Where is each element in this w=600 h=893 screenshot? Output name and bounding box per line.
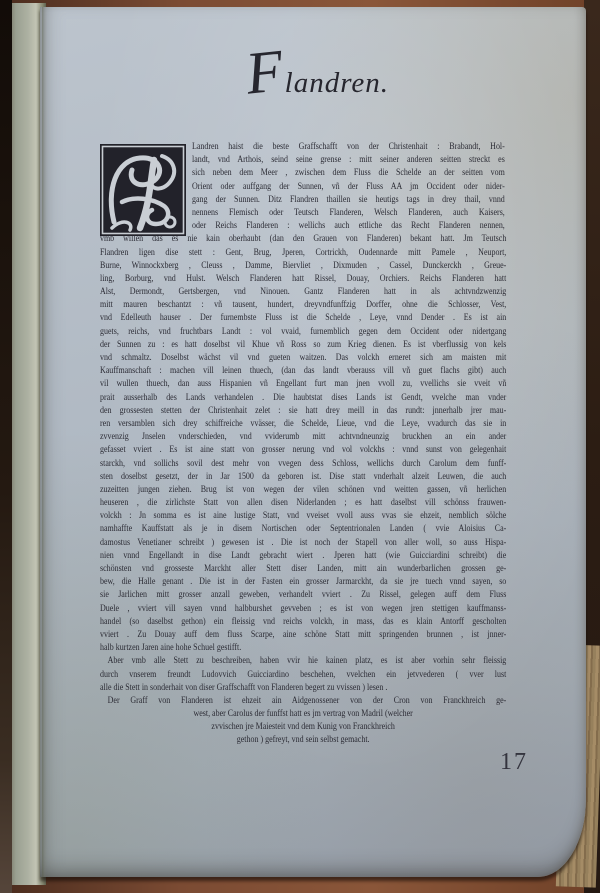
text-line: Flandren ligen dise stett : Gent, Brug, … [100, 247, 506, 260]
body-text: Landren haist die beste Graffschafft von… [100, 141, 512, 748]
text-line: alle die Stett in sonderhait von diser G… [100, 682, 506, 695]
page-heading: F landren. [246, 45, 389, 100]
text-line: gefasset vviert . Es ist aine statt von … [100, 444, 506, 457]
text-line: vmb willen das es nie kain oberhaubt (da… [100, 233, 506, 246]
text-line: handel (so daselbst gethon) ein fleissig… [100, 616, 506, 629]
text-line: gethon ) gefreyt, vnd sein selbst gemach… [100, 734, 506, 747]
text-line: vil wullen thuech, dan auss Hispanien vñ… [100, 378, 506, 391]
text-line: Aber vmb alle Stett zu beschreiben, habe… [100, 655, 506, 668]
text-line: landt, vnd Arthois, seind seine grense :… [192, 154, 505, 167]
heading-text: landren. [285, 67, 389, 100]
text-line: Alst, Dermondt, Gertsbergen, vnd Ninouen… [100, 286, 506, 299]
page-number: 17 [500, 749, 528, 776]
text-line: oder Reichs Flanderen : wellichs auch et… [192, 220, 505, 233]
text-line: sten doselbst gesetzt, der in Jar 1500 d… [100, 471, 506, 484]
dropcap-ornament-icon [100, 144, 186, 236]
dropcap-wrapped-lines: Landren haist die beste Graffschafft von… [192, 141, 505, 233]
text-line: Kauffmanschaft : machen vill leinen thue… [100, 365, 506, 378]
text-line: durch vnserem freundt Ludovvich Guicciar… [100, 669, 506, 682]
text-line: der Sunnen zu : es hatt doselbst vil Khu… [100, 339, 506, 352]
text-line: heuseren , die zirlichste Statt von alle… [100, 497, 506, 510]
text-line: starckh, vnd sollichs sovil dest mehr vo… [100, 458, 506, 471]
text-line: vnd schmaltz. Doselbst wächst vil vnd gu… [100, 352, 506, 365]
text-line: schönsten vnd grosseste Marckht aller St… [100, 563, 506, 576]
text-line: zuzeitten jungen ziehen. Brug ist von we… [100, 484, 506, 497]
tapered-ending-lines: west, aber Carolus der funffst hatt es j… [100, 708, 506, 748]
text-line: ling, Borburg, vnd Hulst. Welsch Flander… [100, 273, 506, 286]
text-line: Burne, Winnockxberg , Cleuss , Damme, Bi… [100, 260, 506, 273]
text-line: halb kurtzen Jaren aine hohe Schuel gest… [100, 642, 506, 655]
book-photo: F landren. Landren hais [0, 0, 600, 893]
dropcap-woodcut-initial [100, 144, 186, 236]
text-line: nennens Flemisch oder Teutsch Flanderen,… [192, 207, 505, 220]
text-line: ren versamblen sich drey schiffreiche vv… [100, 418, 506, 431]
text-line: zvvenzig Jnselen vnderschieden, vnd vvid… [100, 431, 506, 444]
text-line: guets, reichs, vnd fruchtbars Landt : vo… [100, 326, 506, 339]
text-line: vnd Edelleuth hauser . Der furnembste Fl… [100, 312, 506, 325]
text-line: Der Graff von Flanderen ist ehzeit ain A… [100, 695, 506, 708]
book-page: F landren. Landren hais [40, 7, 586, 877]
text-line: Orient oder auffgang der Sunnen, vñ der … [192, 181, 505, 194]
text-line: prait ausserhalb des Lands verhandelen .… [100, 392, 506, 405]
text-line: den grossesten stetten der Christenhait … [100, 405, 506, 418]
book-cover-edge [0, 0, 12, 893]
text-line: nien vnnd Engellandt in dise Landt gebra… [100, 550, 506, 563]
text-line: west, aber Carolus der funffst hatt es j… [100, 708, 506, 721]
text-line: Landren haist die beste Graffschafft von… [192, 141, 505, 154]
text-line: namhaffte Kauffstatt als je in disem Nor… [100, 523, 506, 536]
text-line: bew, die Halle genant . Die ist in der F… [100, 576, 506, 589]
text-line: zvvischen jre Maiesteit vnd dem Kunig vo… [100, 721, 506, 734]
text-line: vviert . Zu Douay auff dem fluss Scarpe,… [100, 629, 506, 642]
text-line: mitt mauren beschantzt : vñ tausent, hun… [100, 299, 506, 312]
full-width-lines: vmb willen das es nie kain oberhaubt (da… [100, 233, 506, 708]
text-line: damostus Venetianer schreibt ) gewesen i… [100, 537, 506, 550]
text-line: gang der Sunnen. Ditz Flandren thaillen … [192, 194, 505, 207]
text-line: sie Jarlichen mitt grosser anzall gewebe… [100, 589, 506, 602]
text-line: Duele , vviert vill sayen vnnd halbbursh… [100, 603, 506, 616]
text-line: volckh : Jn somma es ist aine lustige St… [100, 510, 506, 523]
text-line: sich neben dem Meer , zwischen dem Fluss… [192, 167, 505, 180]
heading-swash-initial: F [243, 43, 285, 101]
